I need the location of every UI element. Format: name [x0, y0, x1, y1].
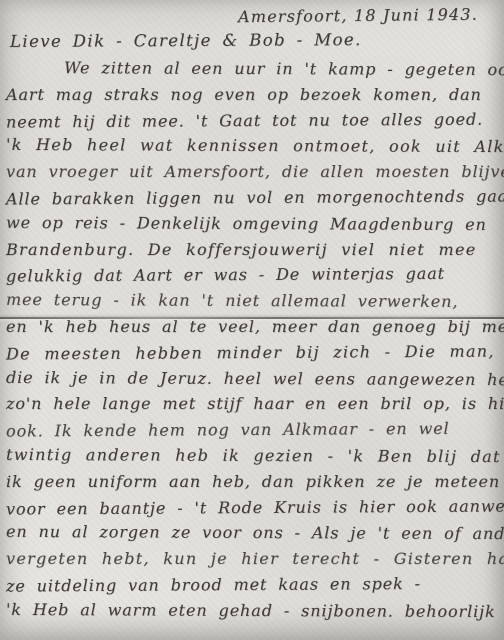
letter-line: We zitten al een uur in 't kamp - gegete… [6, 55, 502, 83]
letter-line: ook. Ik kende hem nog van Alkmaar - en w… [6, 416, 502, 445]
letter-line: gelukkig dat Aart er was - De winterjas … [6, 261, 502, 290]
letter-line: ik geen uniform aan heb, dan pikken ze j… [6, 469, 502, 495]
letter-line: en nu al zorgen ze voor ons - Als je 't … [6, 519, 502, 547]
letter-line: van vroeger uit Amersfoort, die allen mo… [6, 159, 502, 185]
letter-line: Aart mag straks nog even op bezoek komen… [6, 82, 502, 108]
letter-line: Alle barakken liggen nu vol en morgenoch… [6, 183, 502, 212]
letter-dateline: Amersfoort, 18 Juni 1943. [238, 5, 478, 27]
letter-line: Brandenburg. De koffersjouwerij viel nie… [6, 237, 502, 263]
letter-line: voor een baantje - 't Rode Kruis is hier… [6, 493, 502, 522]
letter-line: mee terug - ik kan 't niet allemaal verw… [6, 287, 502, 315]
letter-line: die ik je in de Jeruz. heel wel eens aan… [6, 364, 502, 392]
letter-body: We zitten al een uur in 't kamp - gegete… [6, 56, 502, 624]
letter-page: Amersfoort, 18 Juni 1943. Lieve Dik - Ca… [0, 0, 504, 640]
letter-line: neemt hij dit mee. 't Gaat tot nu toe al… [6, 106, 502, 135]
letter-line: 'k Heb al warm eten gehad - snijbonen. b… [6, 597, 502, 625]
letter-line: ze uitdeling van brood met kaas en spek … [6, 570, 502, 599]
letter-line: vergeten hebt, kun je hier terecht - Gis… [6, 546, 502, 572]
letter-line: 'k Heb heel wat kennissen ontmoet, ook u… [6, 132, 502, 160]
letter-line: we op reis - Denkelijk omgeving Maagdenb… [6, 210, 502, 238]
letter-line: De meesten hebben minder bij zich - Die … [6, 338, 502, 367]
letter-line: twintig anderen heb ik gezien - 'k Ben b… [6, 442, 502, 470]
paper-fold-crease [0, 317, 504, 319]
letter-salutation: Lieve Dik - Careltje & Bob - Moe. [10, 30, 362, 51]
letter-line: zo'n hele lange met stijf haar en een br… [6, 391, 502, 417]
